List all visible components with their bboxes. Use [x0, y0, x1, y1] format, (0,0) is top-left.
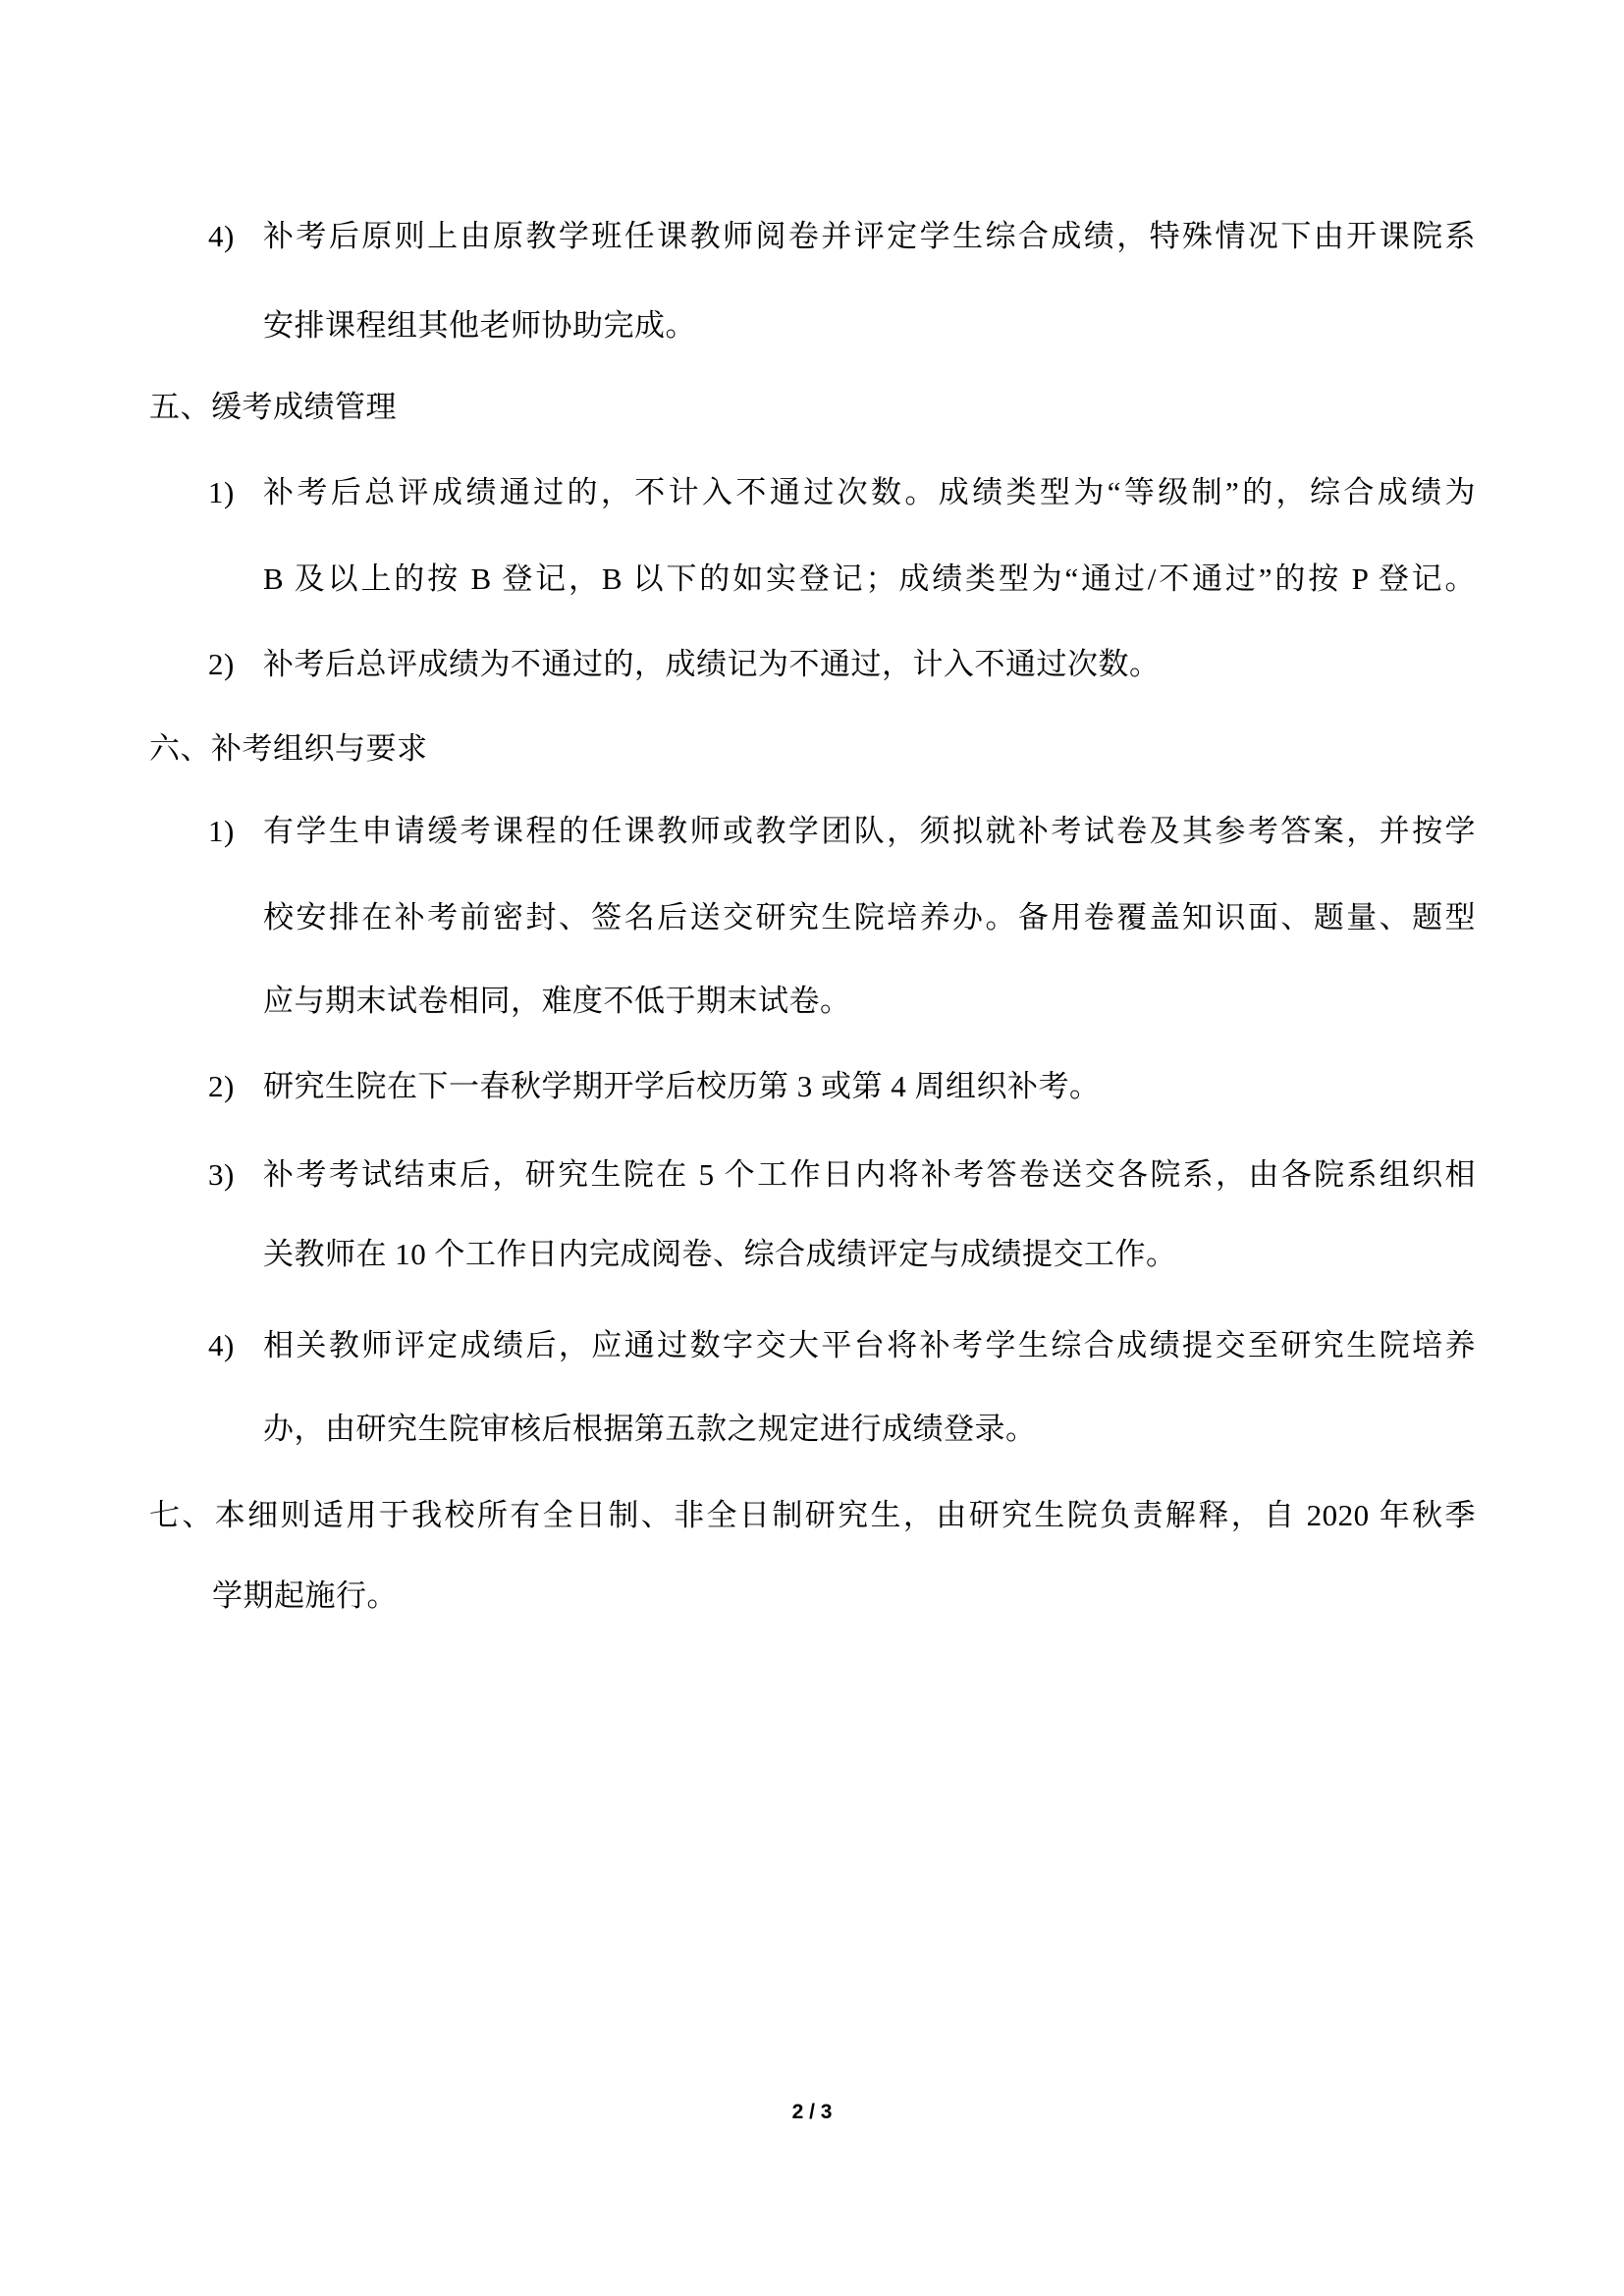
- section-text: 学期起施行。: [212, 1578, 398, 1613]
- section-text: 缓考成绩管理: [211, 390, 397, 424]
- section-text: 本细则适用于我校所有全日制、非全日制研究生，由研究生院负责解释，自 2020 年…: [215, 1498, 1476, 1532]
- item-text: 关教师在 10 个工作日内完成阅卷、综合成绩评定与成绩提交工作。: [263, 1237, 1177, 1271]
- section-text: 补考组织与要求: [211, 731, 428, 766]
- continuation-line: 应与期末试卷相同，难度不低于期末试卷。: [263, 980, 1476, 1023]
- section-marker: 五、: [149, 390, 211, 424]
- section-marker: 七、: [149, 1498, 215, 1532]
- item-text: 相关教师评定成绩后，应通过数字交大平台将补考学生综合成绩提交至研究生院培养: [263, 1324, 1476, 1367]
- numbered-item-line: 4) 补考后原则上由原教学班任课教师阅卷并评定学生综合成绩，特殊情况下由开课院系: [208, 215, 1476, 258]
- document-page: 4) 补考后原则上由原教学班任课教师阅卷并评定学生综合成绩，特殊情况下由开课院系…: [0, 0, 1624, 2296]
- numbered-item-line: 2) 研究生院在下一春秋学期开学后校历第 3 或第 4 周组织补考。: [208, 1065, 1476, 1108]
- continuation-line: 校安排在补考前密封、签名后送交研究生院培养办。备用卷覆盖知识面、题量、题型: [263, 896, 1476, 939]
- numbered-item-line: 2) 补考后总评成绩为不通过的，成绩记为不通过，计入不通过次数。: [208, 643, 1476, 686]
- item-text: 补考后总评成绩通过的，不计入不通过次数。成绩类型为“等级制”的，综合成绩为: [263, 471, 1476, 514]
- item-text: 安排课程组其他老师协助完成。: [263, 308, 696, 343]
- numbered-item-line: 3) 补考考试结束后，研究生院在 5 个工作日内将补考答卷送交各院系，由各院系组…: [208, 1153, 1476, 1197]
- numbered-item-line: 4) 相关教师评定成绩后，应通过数字交大平台将补考学生综合成绩提交至研究生院培养: [208, 1324, 1476, 1367]
- continuation-line: 办，由研究生院审核后根据第五款之规定进行成绩登录。: [263, 1408, 1476, 1451]
- item-text: 校安排在补考前密封、签名后送交研究生院培养办。备用卷覆盖知识面、题量、题型: [263, 900, 1476, 934]
- item-text: 研究生院在下一春秋学期开学后校历第 3 或第 4 周组织补考。: [263, 1065, 1476, 1108]
- item-text: 补考考试结束后，研究生院在 5 个工作日内将补考答卷送交各院系，由各院系组织相: [263, 1153, 1476, 1197]
- numbered-item-line: 1) 有学生申请缓考课程的任课教师或教学团队，须拟就补考试卷及其参考答案，并按学: [208, 810, 1476, 853]
- item-marker: 2): [208, 643, 235, 686]
- item-text: B 及以上的按 B 登记，B 以下的如实登记；成绩类型为“通过/不通过”的按 P…: [263, 561, 1476, 596]
- item-text: 有学生申请缓考课程的任课教师或教学团队，须拟就补考试卷及其参考答案，并按学: [263, 810, 1476, 853]
- numbered-item-line: 1) 补考后总评成绩通过的，不计入不通过次数。成绩类型为“等级制”的，综合成绩为: [208, 471, 1476, 514]
- continuation-line: 安排课程组其他老师协助完成。: [263, 304, 1476, 347]
- continuation-line: 学期起施行。: [212, 1575, 1476, 1618]
- section-paragraph: 七、本细则适用于我校所有全日制、非全日制研究生，由研究生院负责解释，自 2020…: [149, 1494, 1476, 1537]
- item-marker: 2): [208, 1065, 235, 1108]
- continuation-line: 关教师在 10 个工作日内完成阅卷、综合成绩评定与成绩提交工作。: [263, 1233, 1476, 1276]
- continuation-line: B 及以上的按 B 登记，B 以下的如实登记；成绩类型为“通过/不通过”的按 P…: [263, 558, 1476, 601]
- item-text: 办，由研究生院审核后根据第五款之规定进行成绩登录。: [263, 1412, 1037, 1446]
- section-heading: 六、补考组织与要求: [149, 727, 1476, 771]
- page-number: 2 / 3: [0, 2097, 1624, 2128]
- item-text: 补考后原则上由原教学班任课教师阅卷并评定学生综合成绩，特殊情况下由开课院系: [263, 215, 1476, 258]
- item-marker: 4): [208, 1324, 235, 1367]
- item-marker: 1): [208, 810, 235, 853]
- item-marker: 3): [208, 1153, 235, 1197]
- section-heading: 五、缓考成绩管理: [149, 386, 1476, 429]
- item-text: 补考后总评成绩为不通过的，成绩记为不通过，计入不通过次数。: [263, 643, 1476, 686]
- item-text: 应与期末试卷相同，难度不低于期末试卷。: [263, 984, 851, 1018]
- item-marker: 4): [208, 215, 235, 258]
- item-marker: 1): [208, 471, 235, 514]
- section-marker: 六、: [149, 731, 211, 766]
